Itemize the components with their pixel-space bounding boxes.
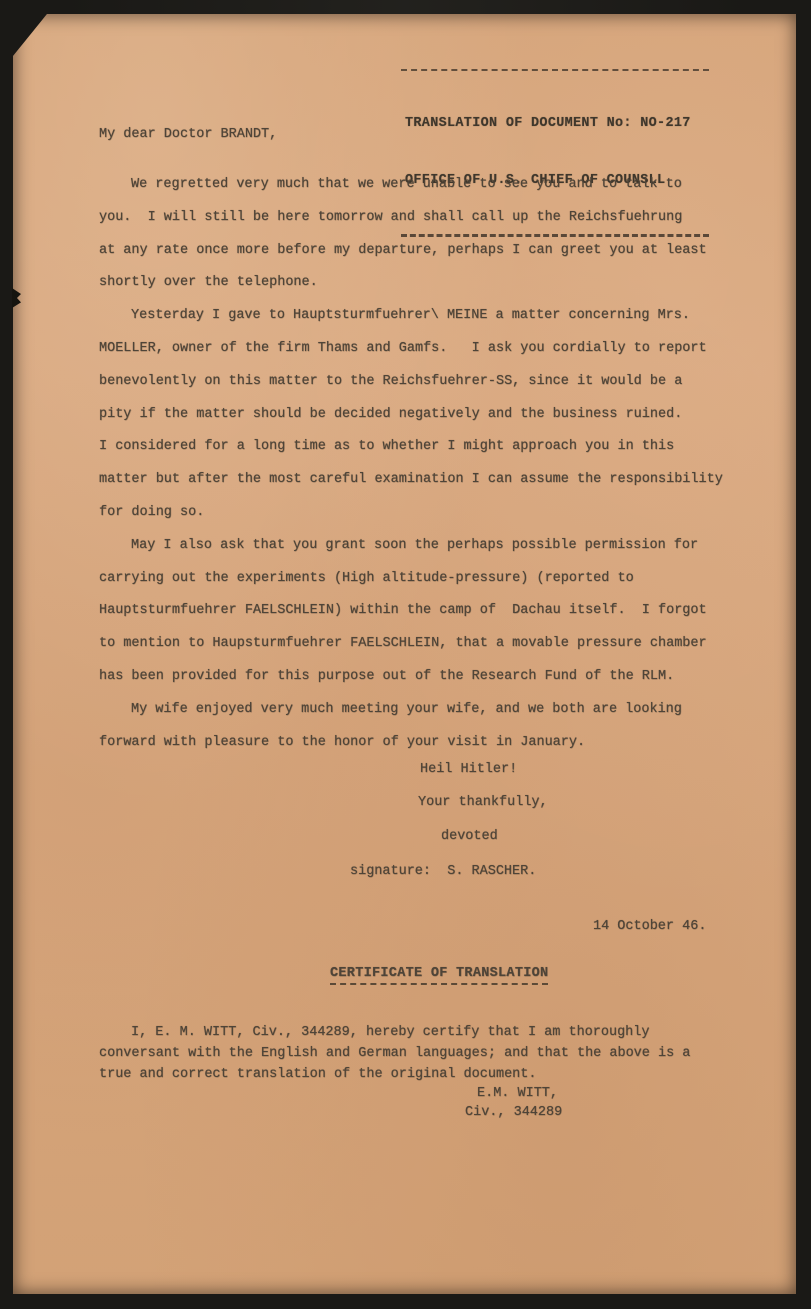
certificate-signature: E.M. WITT,Civ., 344289 bbox=[13, 1086, 796, 1136]
stamp-document-number: TRANSLATION OF DOCUMENT No: NO-217 bbox=[405, 114, 705, 133]
letter-body-line: you. I will still be here tomorrow and s… bbox=[99, 202, 779, 235]
certificate-signature-line: E.M. WITT, bbox=[477, 1086, 558, 1101]
certificate-body-line: I, E. M. WITT, Civ., 344289, hereby cert… bbox=[99, 1022, 759, 1043]
closing-line: Heil Hitler! bbox=[420, 762, 517, 777]
certificate-body: I, E. M. WITT, Civ., 344289, hereby cert… bbox=[99, 1022, 759, 1085]
closing-line: Your thankfully, bbox=[418, 795, 548, 810]
letter-body-line: I considered for a long time as to wheth… bbox=[99, 431, 779, 464]
letter-body-line: carrying out the experiments (High altit… bbox=[99, 563, 779, 596]
salutation: My dear Doctor BRANDT, bbox=[99, 127, 277, 142]
letter-body-line: to mention to Haupsturmfuehrer FAELSCHLE… bbox=[99, 628, 779, 661]
letter-closing: Heil Hitler!Your thankfully,devotedsigna… bbox=[13, 762, 796, 902]
letter-body-line: benevolently on this matter to the Reich… bbox=[99, 366, 779, 399]
letter-paper: TRANSLATION OF DOCUMENT No: NO-217 OFFIC… bbox=[13, 14, 796, 1294]
letter-body-line: shortly over the telephone. bbox=[99, 267, 779, 300]
letter-body-line: pity if the matter should be decided neg… bbox=[99, 399, 779, 432]
closing-line: signature: S. RASCHER. bbox=[350, 864, 536, 879]
letter-body-line: matter but after the most careful examin… bbox=[99, 464, 779, 497]
certificate-body-line: conversant with the English and German l… bbox=[99, 1043, 759, 1064]
letter-body-line: forward with pleasure to the honor of yo… bbox=[99, 727, 779, 760]
certificate-body-line: true and correct translation of the orig… bbox=[99, 1064, 759, 1085]
letter-body: We regretted very much that we were unab… bbox=[99, 169, 779, 759]
certificate-signature-line: Civ., 344289 bbox=[465, 1105, 562, 1120]
document-scan-page: { "colors": { "backdrop": "#1a1916", "pa… bbox=[0, 0, 811, 1309]
letter-body-line: has been provided for this purpose out o… bbox=[99, 661, 779, 694]
letter-body-line: Hauptsturmfuehrer FAELSCHLEIN) within th… bbox=[99, 595, 779, 628]
closing-line: devoted bbox=[441, 829, 498, 844]
letter-body-line: Yesterday I gave to Hauptsturmfuehrer\ M… bbox=[99, 300, 779, 333]
letter-body-line: We regretted very much that we were unab… bbox=[99, 169, 779, 202]
letter-body-line: at any rate once more before my departur… bbox=[99, 235, 779, 268]
letter-body-line: MOELLER, owner of the firm Thams and Gam… bbox=[99, 333, 779, 366]
letter-body-line: My wife enjoyed very much meeting your w… bbox=[99, 694, 779, 727]
letter-body-line: May I also ask that you grant soon the p… bbox=[99, 530, 779, 563]
letter-date: 14 October 46. bbox=[593, 919, 706, 934]
certificate-title: CERTIFICATE OF TRANSLATION bbox=[330, 966, 548, 985]
letter-body-line: for doing so. bbox=[99, 497, 779, 530]
